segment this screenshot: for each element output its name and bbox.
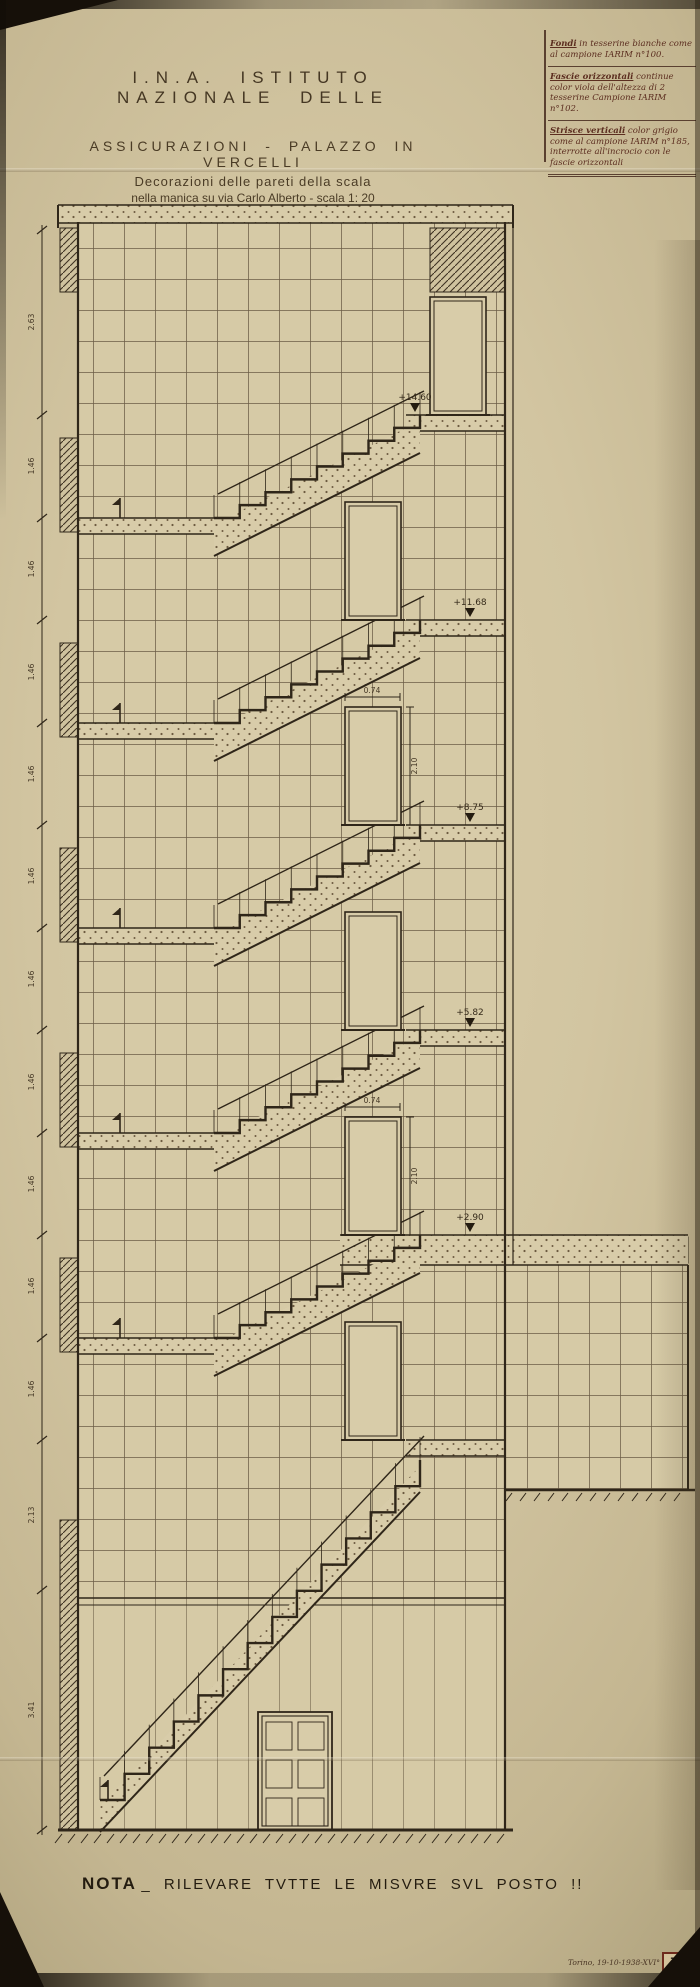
level-label: +11.68 <box>453 598 487 608</box>
dim-label: 1.46 <box>27 1277 36 1294</box>
drawing-geometry <box>37 205 695 1843</box>
dim-label: 1.46 <box>27 1380 36 1397</box>
staircase-section-drawing: +14.60 +11.68 +8.75 +5.82 +2.90 2.63 1.4… <box>0 0 700 1987</box>
level-label: +14.60 <box>398 393 432 403</box>
note-item: Fascie orizzontali continue color viola … <box>548 67 696 121</box>
scanned-drawing-sheet: +14.60 +11.68 +8.75 +5.82 +2.90 2.63 1.4… <box>0 0 700 1987</box>
photo-edge <box>0 1973 700 1987</box>
fold-crease <box>0 1757 700 1761</box>
dim-label: 1.46 <box>27 867 36 884</box>
title-line-2: ASSICURAZIONI - PALAZZO IN VERCELLI <box>58 138 448 170</box>
note-lead: Strisce verticali <box>550 126 625 136</box>
note-lead: Fondi <box>550 39 577 49</box>
footer-note-lead: NOTA <box>82 1874 137 1893</box>
title-block: I.N.A. ISTITUTO NAZIONALE DELLE ASSICURA… <box>58 68 448 205</box>
note-lead: Fascie orizzontali <box>550 72 633 82</box>
dim-label: 2.13 <box>27 1506 36 1523</box>
photo-edge <box>0 0 6 520</box>
dim-label: 1.46 <box>27 560 36 577</box>
dim-label: 1.46 <box>27 457 36 474</box>
door-width-dim: 0.74 <box>364 686 381 695</box>
title-line-4: nella manica su via Carlo Alberto - scal… <box>58 191 448 205</box>
level-label: +8.75 <box>456 803 484 813</box>
title-line-3: Decorazioni delle pareti della scala <box>58 174 448 189</box>
title-line-1: I.N.A. ISTITUTO NAZIONALE DELLE <box>58 68 448 108</box>
dim-label: 1.46 <box>27 1175 36 1192</box>
door-width-dim: 0.74 <box>364 1096 381 1105</box>
note-item: Fondi in tesserine bianche come al campi… <box>548 34 696 67</box>
door-height-dim: 2.10 <box>410 757 419 774</box>
level-label: +2.90 <box>456 1213 484 1223</box>
level-label: +5.82 <box>456 1008 484 1018</box>
door-height-dim: 2.10 <box>410 1167 419 1184</box>
fold-crease <box>0 168 700 172</box>
dim-label: 1.46 <box>27 663 36 680</box>
notes-left-rule <box>544 30 546 162</box>
photo-edge <box>695 0 700 1987</box>
footer-note-text: _ RILEVARE TVTTE LE MISVRE SVL POSTO !! <box>141 1876 583 1893</box>
dim-label: 1.46 <box>27 1073 36 1090</box>
dim-label: 1.46 <box>27 970 36 987</box>
shadow-edge <box>654 240 700 1890</box>
date-inscription: Torino, 19-10-1938-XVI° <box>480 1958 660 1967</box>
material-notes: Fondi in tesserine bianche come al campi… <box>548 34 696 177</box>
dim-label: 3.41 <box>27 1701 36 1718</box>
dim-label: 2.63 <box>27 313 36 330</box>
footer-note: NOTA _ RILEVARE TVTTE LE MISVRE SVL POST… <box>82 1874 562 1894</box>
dim-label: 1.46 <box>27 765 36 782</box>
